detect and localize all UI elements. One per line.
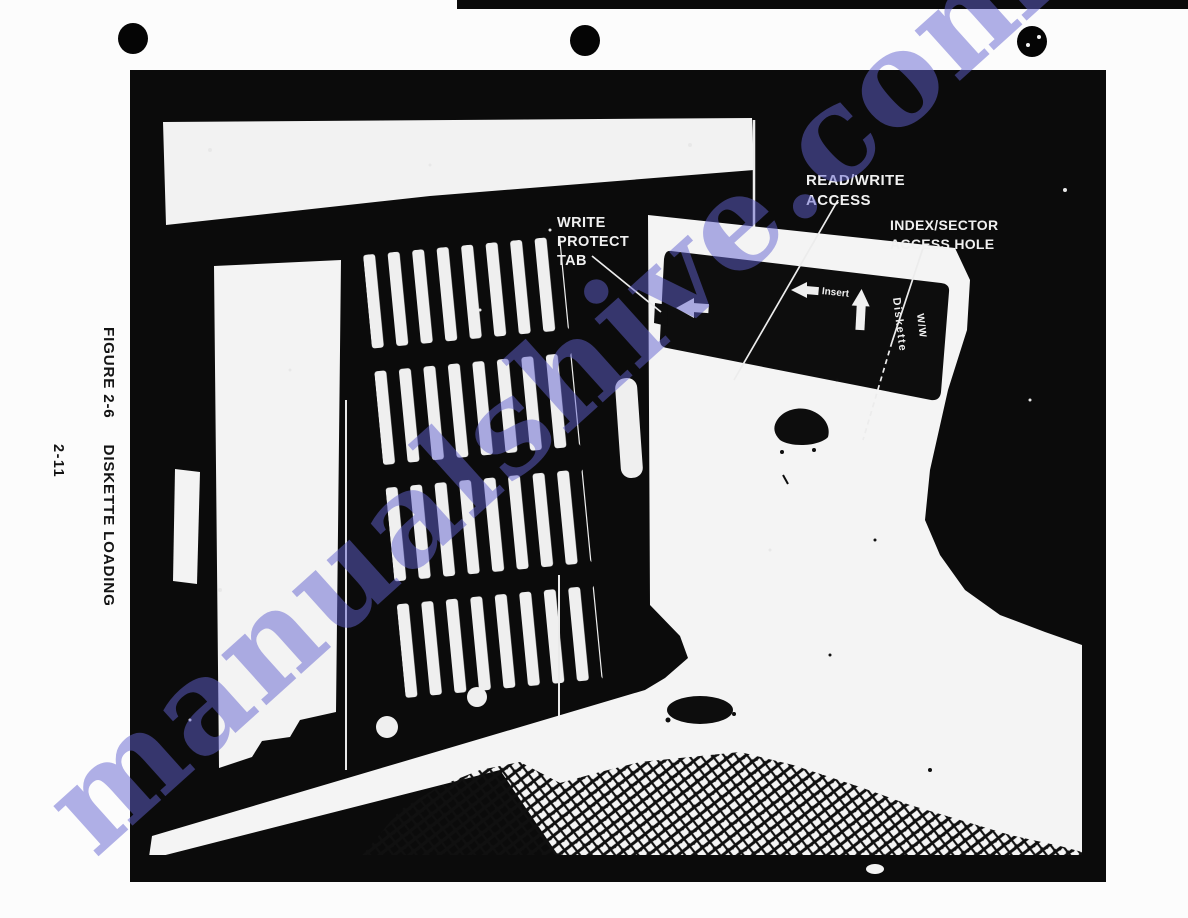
up-arrow-icon xyxy=(855,304,865,330)
callout-label: READ/WRITE xyxy=(806,172,905,189)
figure-photo: Insert Diskette W/W WRITE PROTECT TAB RE… xyxy=(130,70,1106,882)
scanned-manual-page: FIGURE 2-6DISKETTE LOADING 2-11 xyxy=(0,0,1188,918)
drive-side-panel xyxy=(214,260,341,768)
insert-arrow-icon xyxy=(805,286,819,295)
punch-hole xyxy=(1017,26,1047,57)
callout-label: ACCESS xyxy=(806,192,871,209)
thumb-shadow-blob xyxy=(667,696,733,724)
scan-speck xyxy=(1026,43,1030,47)
grille-hole xyxy=(376,716,398,738)
punch-hole xyxy=(118,23,148,54)
scan-edge-strip xyxy=(457,0,1188,9)
callout-label: ACCESS HOLE xyxy=(890,236,994,252)
page-number: 2-11 xyxy=(50,444,66,478)
left-arrow-icon xyxy=(692,303,709,313)
scan-speck xyxy=(732,712,736,716)
callout-label: TAB xyxy=(557,253,587,269)
figure-label: FIGURE 2-6 xyxy=(100,327,117,419)
figure-caption: FIGURE 2-6DISKETTE LOADING xyxy=(100,327,117,607)
scan-speck xyxy=(812,448,816,452)
callout-label: INDEX/SECTOR xyxy=(890,217,998,233)
callout-label: PROTECT xyxy=(557,234,629,250)
write-protect-tab xyxy=(654,303,668,326)
side-vent-slot xyxy=(173,469,200,584)
scan-speck xyxy=(1037,35,1041,39)
photo-border xyxy=(130,855,1106,882)
scan-speck xyxy=(866,864,884,874)
scan-speck xyxy=(666,718,671,723)
diskette-loading-photo: Insert Diskette W/W WRITE PROTECT TAB RE… xyxy=(130,70,1106,882)
callout-label: WRITE xyxy=(557,215,606,231)
punch-hole xyxy=(570,25,600,56)
figure-title: DISKETTE LOADING xyxy=(100,445,117,607)
scan-speck xyxy=(780,450,784,454)
grille-hole xyxy=(467,687,487,707)
